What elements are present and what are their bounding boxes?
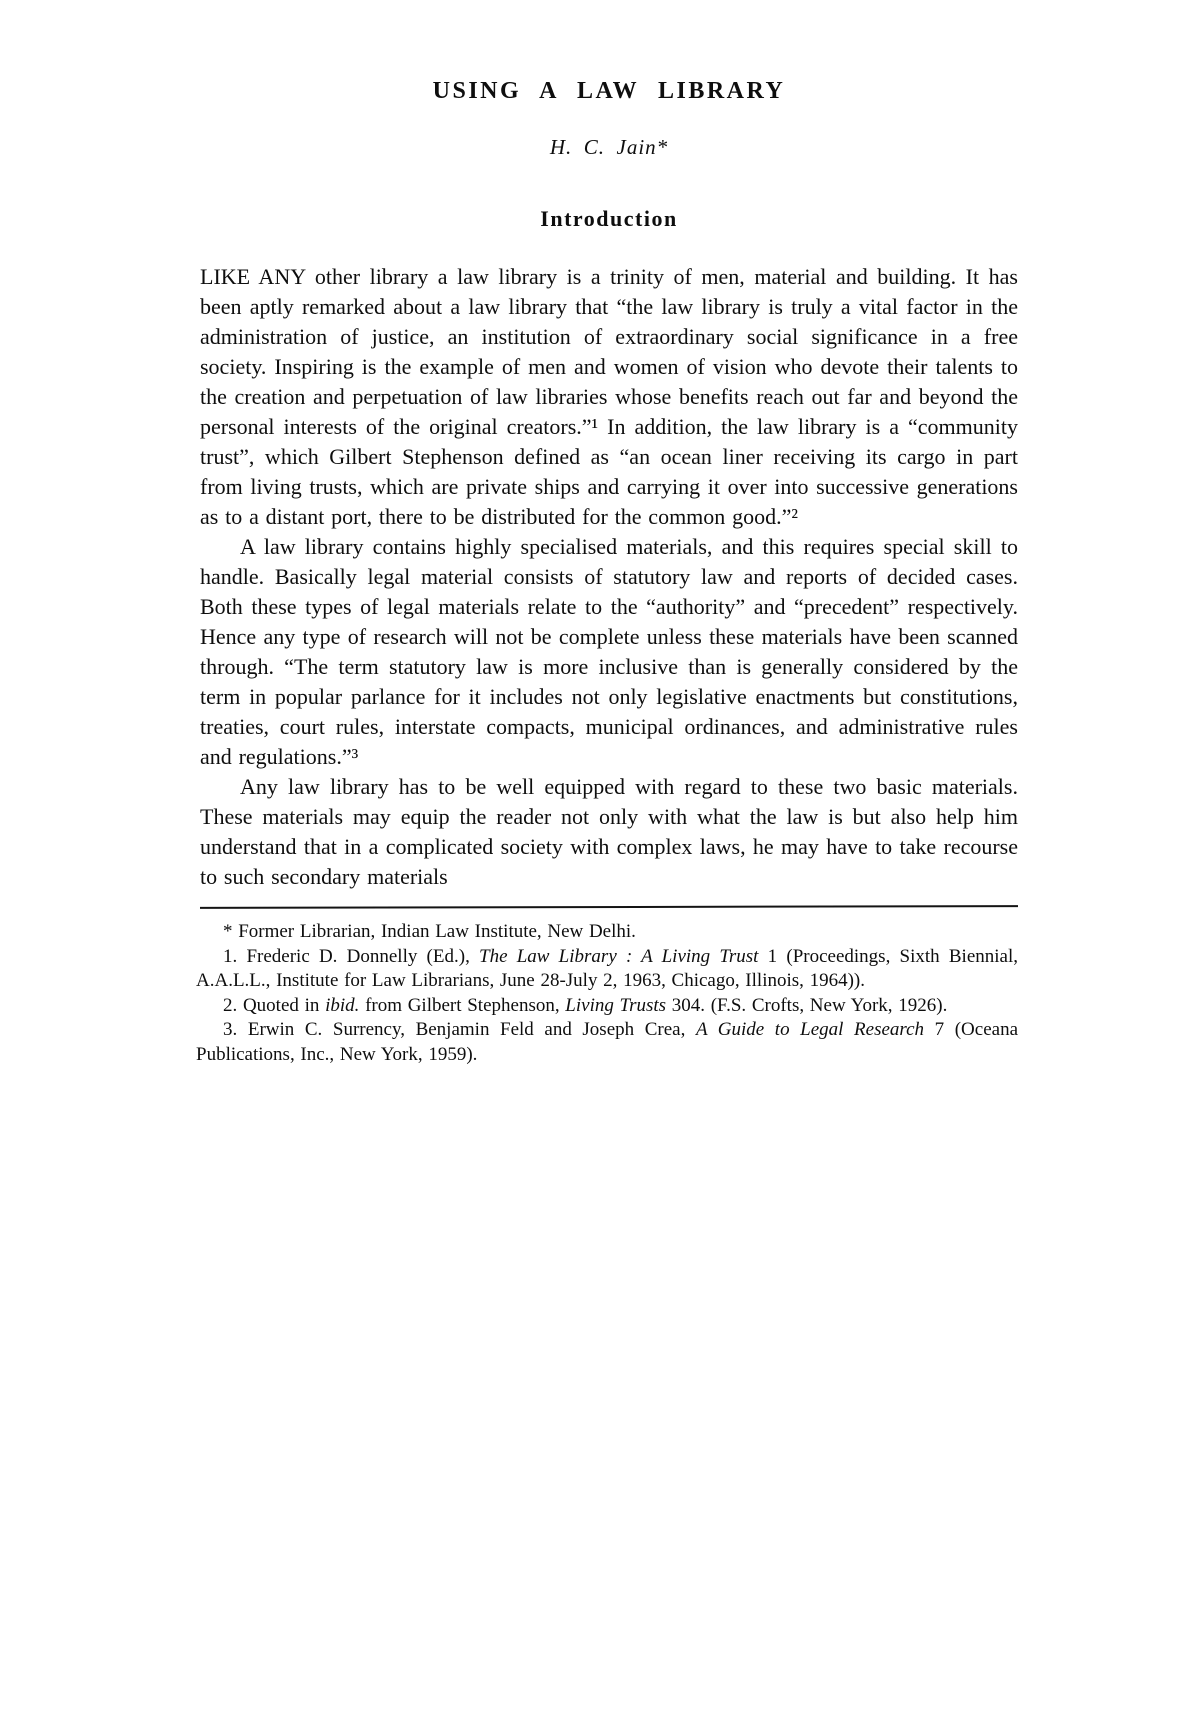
footnote-divider [200,905,1018,909]
footnote-2: 2. Quoted in ibid. from Gilbert Stephens… [196,994,1018,1019]
article-body: LIKE ANY other library a law library is … [200,262,1018,892]
author-byline: H. C. Jain* [200,135,1018,160]
footnote-asterisk: * Former Librarian, Indian Law Institute… [196,920,1018,945]
footnotes-section: * Former Librarian, Indian Law Institute… [200,920,1018,1067]
paragraph-3: Any law library has to be well equipped … [200,772,1018,892]
footnote-3: 3. Erwin C. Surrency, Benjamin Feld and … [196,1018,1018,1067]
document-page: USING A LAW LIBRARY H. C. Jain* Introduc… [0,0,1200,1714]
page-title: USING A LAW LIBRARY [200,78,1018,105]
section-heading-introduction: Introduction [200,206,1018,232]
paragraph-1: LIKE ANY other library a law library is … [200,262,1018,532]
footnote-1: 1. Frederic D. Donnelly (Ed.), The Law L… [196,945,1018,994]
paragraph-2: A law library contains highly specialise… [200,532,1018,772]
